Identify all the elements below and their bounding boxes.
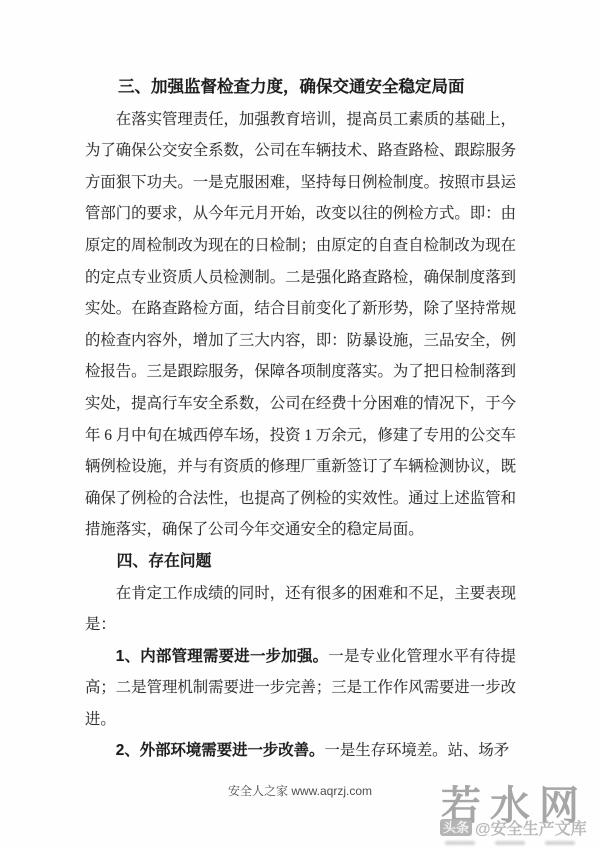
list-item-2: 2、外部环境需要进一步改善。一是生存环境差。站、场矛 xyxy=(85,735,516,767)
watermark-smudge xyxy=(545,841,575,845)
paragraph-supervision: 在落实管理责任，加强教育培训，提高员工素质的基础上，为了确保公交安全系数，公司在… xyxy=(85,104,516,546)
watermark-smudge-row xyxy=(445,841,575,845)
paragraph-problems-intro: 在肯定工作成绩的同时，还有很多的困难和不足，主要表现是： xyxy=(85,578,516,641)
watermark-overlay: 头条 @安全生产文库 xyxy=(440,816,587,839)
document-body: 三、加强监督检查力度，确保交通安全稳定局面 在落实管理责任，加强教育培训，提高员… xyxy=(85,72,516,767)
toutiao-badge: 头条 xyxy=(440,819,472,836)
watermark-smudge xyxy=(495,841,525,845)
section-heading-3: 三、加强监督检查力度，确保交通安全稳定局面 xyxy=(85,72,516,104)
list-item-1-lead: 1、内部管理需要进一步加强。 xyxy=(116,648,328,665)
watermark: 若水网 头条 @安全生产文库 xyxy=(439,785,597,847)
document-page: 三、加强监督检查力度，确保交通安全稳定局面 在落实管理责任，加强教育培训，提高员… xyxy=(0,0,600,849)
list-item-2-lead: 2、外部环境需要进一步改善。 xyxy=(116,742,325,759)
watermark-smudge xyxy=(445,841,475,845)
section-heading-4: 四、存在问题 xyxy=(85,546,516,578)
list-item-2-body: 一是生存环境差。站、场矛 xyxy=(324,742,509,759)
list-item-1: 1、内部管理需要进一步加强。一是专业化管理水平有待提高；二是管理机制需要进一步完… xyxy=(85,641,516,736)
watermark-account: @安全生产文库 xyxy=(475,816,587,839)
